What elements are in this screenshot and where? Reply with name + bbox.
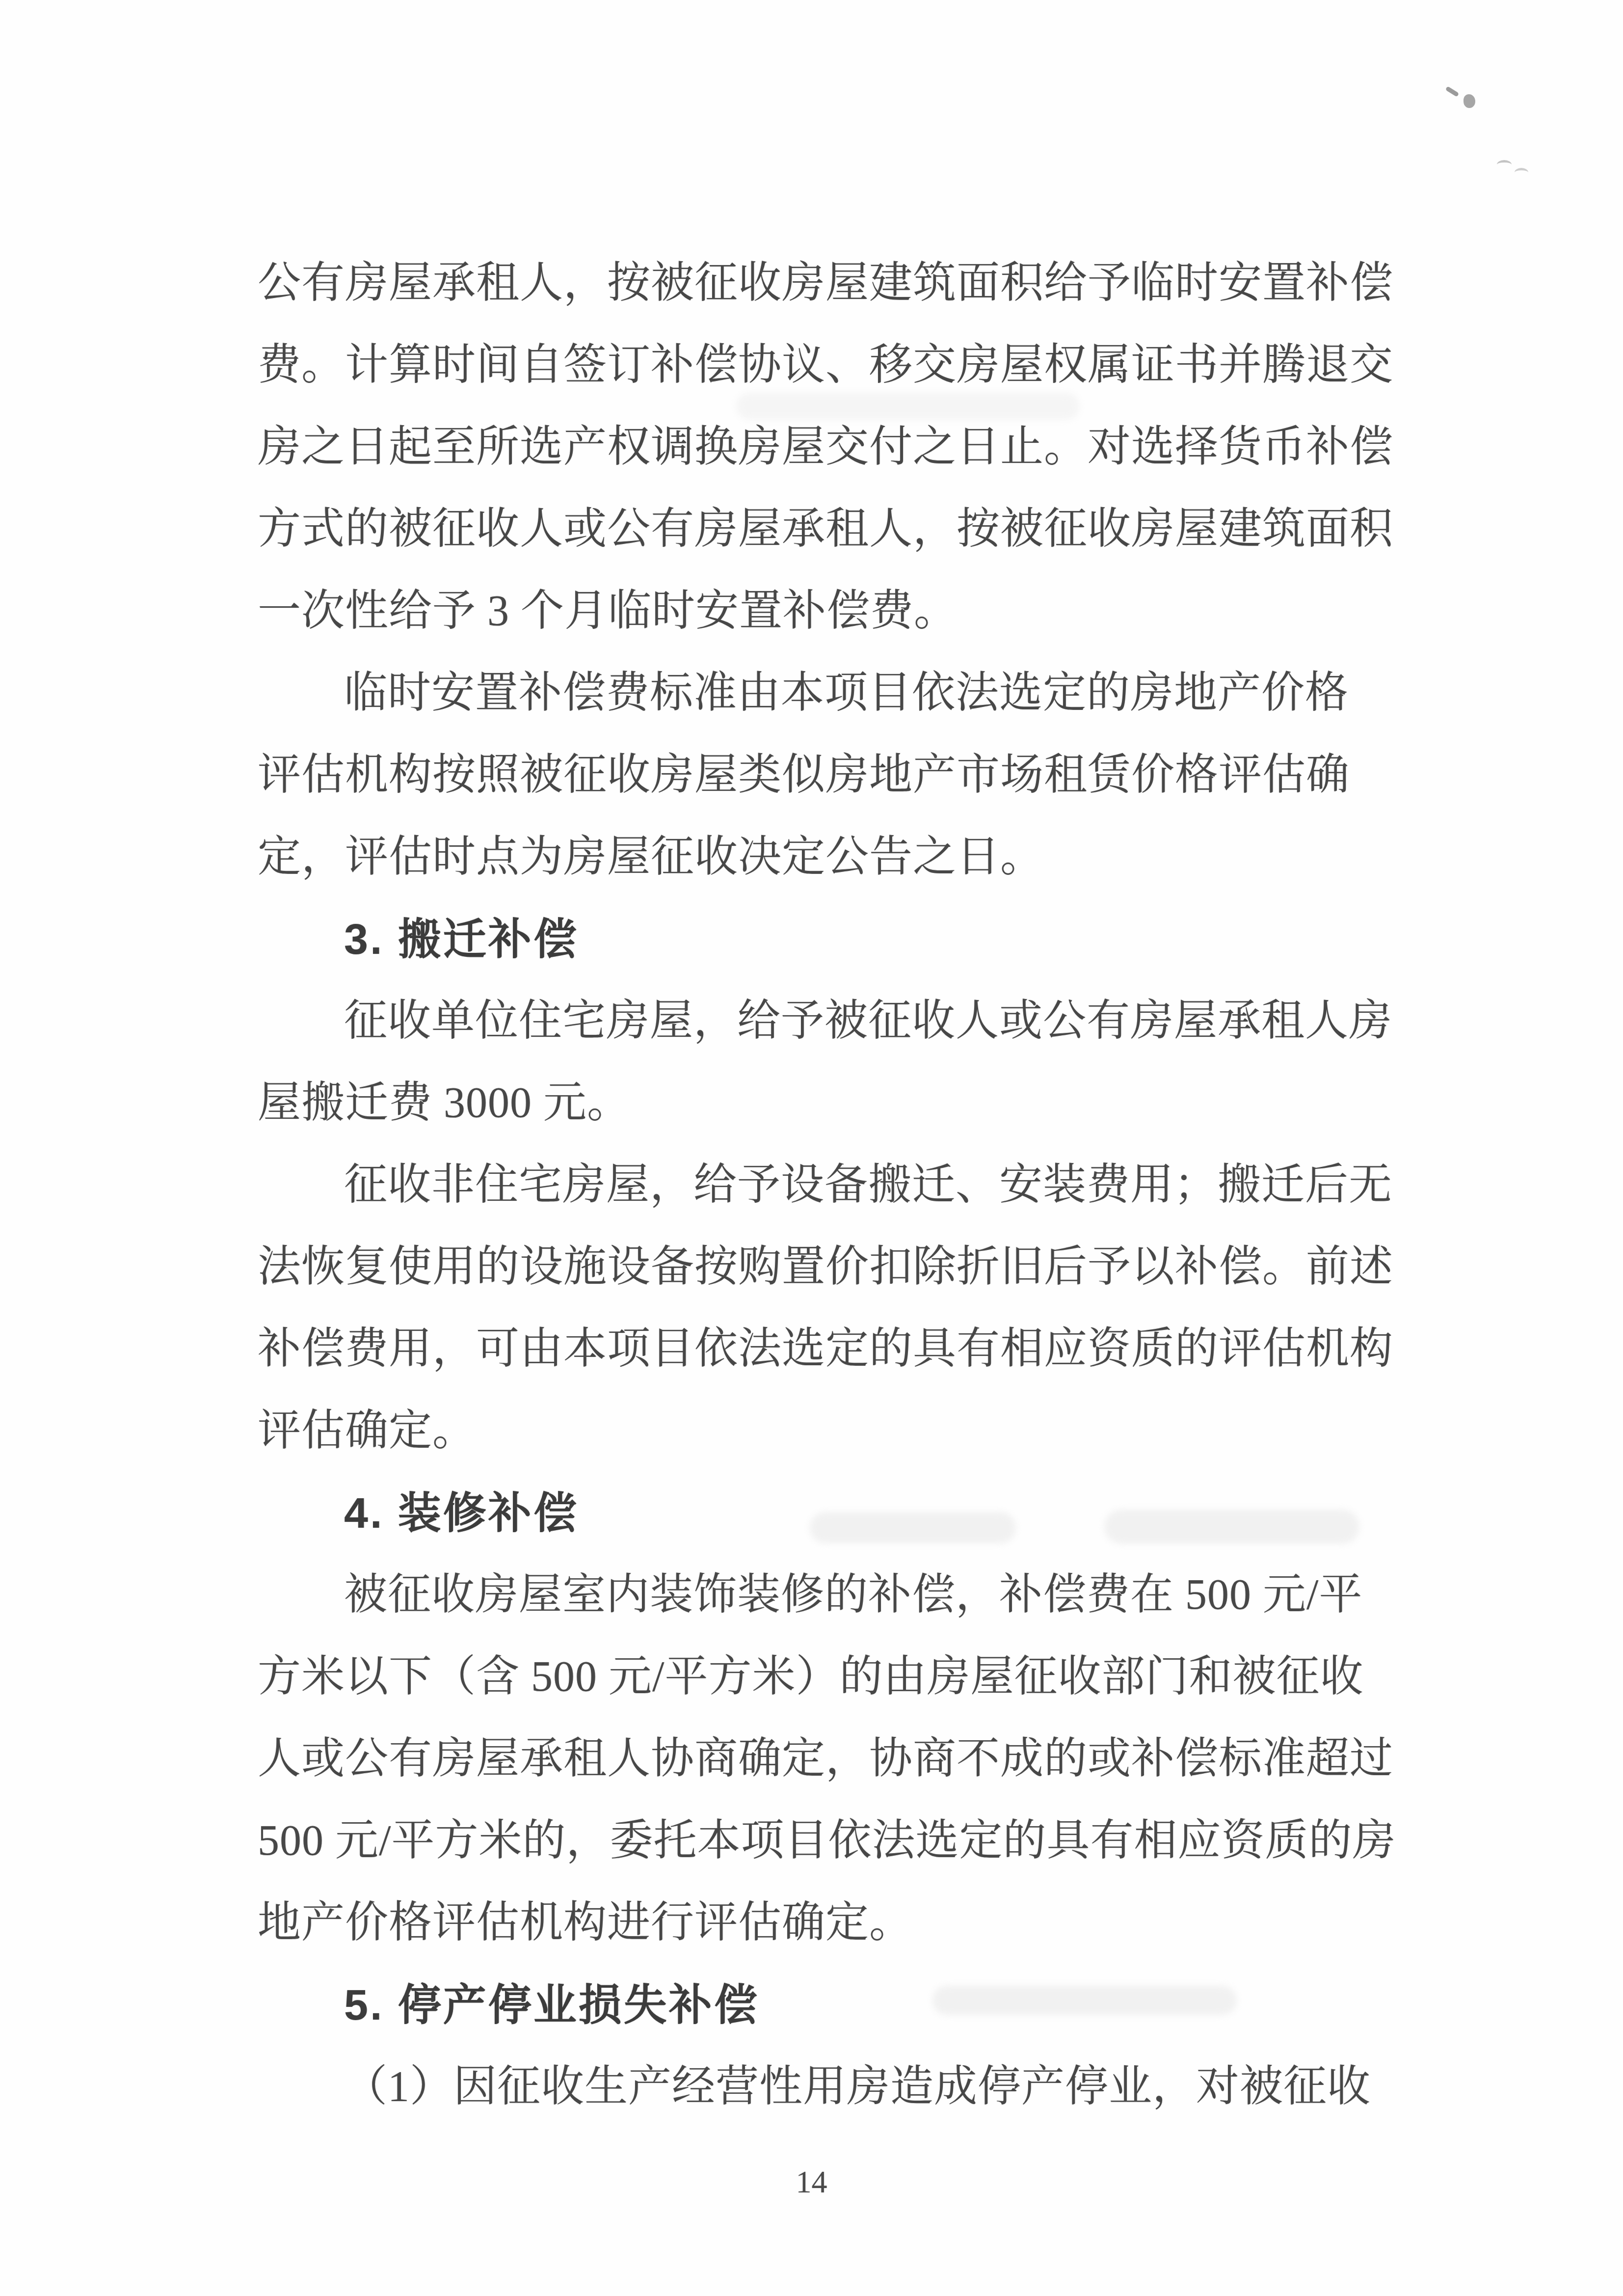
text-line: 方米以下（含 500 元/平方米）的由房屋征收部门和被征收 — [258, 1636, 1386, 1718]
text-line: 屋搬迁费 3000 元。 — [258, 1062, 1386, 1144]
document-page: 公有房屋承租人，按被征收房屋建筑面积给予临时安置补偿费。计算时间自签订补偿协议、… — [0, 0, 1623, 2296]
text-line: 征收单位住宅房屋，给予被征收人或公有房屋承租人房 — [258, 980, 1386, 1062]
page-number: 14 — [0, 2160, 1623, 2204]
text-line: 一次性给予 3 个月临时安置补偿费。 — [258, 570, 1386, 652]
text-line: 地产价格评估机构进行评估确定。 — [258, 1882, 1386, 1964]
text-line: 临时安置补偿费标准由本项目依法选定的房地产价格 — [258, 652, 1386, 734]
text-line: 补偿费用，可由本项目依法选定的具有相应资质的评估机构 — [258, 1308, 1386, 1390]
scan-speck-arc — [1515, 168, 1528, 177]
text-line: 征收非住宅房屋，给予设备搬迁、安装费用；搬迁后无 — [258, 1144, 1386, 1226]
scan-speck-dash — [1445, 86, 1460, 97]
section-heading: 5. 停产停业损失补偿 — [258, 1964, 1386, 2046]
text-line: 法恢复使用的设施设备按购置价扣除折旧后予以补偿。前述 — [258, 1226, 1386, 1308]
text-line: 公有房屋承租人，按被征收房屋建筑面积给予临时安置补偿 — [258, 242, 1386, 324]
text-line: 评估确定。 — [258, 1390, 1386, 1472]
text-line: 方式的被征收人或公有房屋承租人，按被征收房屋建筑面积 — [258, 488, 1386, 570]
text-block: 公有房屋承租人，按被征收房屋建筑面积给予临时安置补偿费。计算时间自签订补偿协议、… — [258, 242, 1386, 2128]
text-line: （1）因征收生产经营性用房造成停产停业，对被征收 — [258, 2046, 1386, 2128]
text-line: 被征收房屋室内装饰装修的补偿，补偿费在 500 元/平 — [258, 1554, 1386, 1636]
text-line: 定，评估时点为房屋征收决定公告之日。 — [258, 816, 1386, 898]
scan-speck-blob — [1463, 94, 1475, 108]
text-line: 人或公有房屋承租人协商确定，协商不成的或补偿标准超过 — [258, 1718, 1386, 1800]
text-line: 评估机构按照被征收房屋类似房地产市场租赁价格评估确 — [258, 734, 1386, 816]
text-line: 费。计算时间自签订补偿协议、移交房屋权属证书并腾退交 — [258, 324, 1386, 406]
section-heading: 3. 搬迁补偿 — [258, 898, 1386, 980]
text-line: 房之日起至所选产权调换房屋交付之日止。对选择货币补偿 — [258, 406, 1386, 488]
scan-speck-arc — [1497, 160, 1512, 169]
text-line: 500 元/平方米的，委托本项目依法选定的具有相应资质的房 — [258, 1800, 1386, 1882]
section-heading: 4. 装修补偿 — [258, 1472, 1386, 1554]
